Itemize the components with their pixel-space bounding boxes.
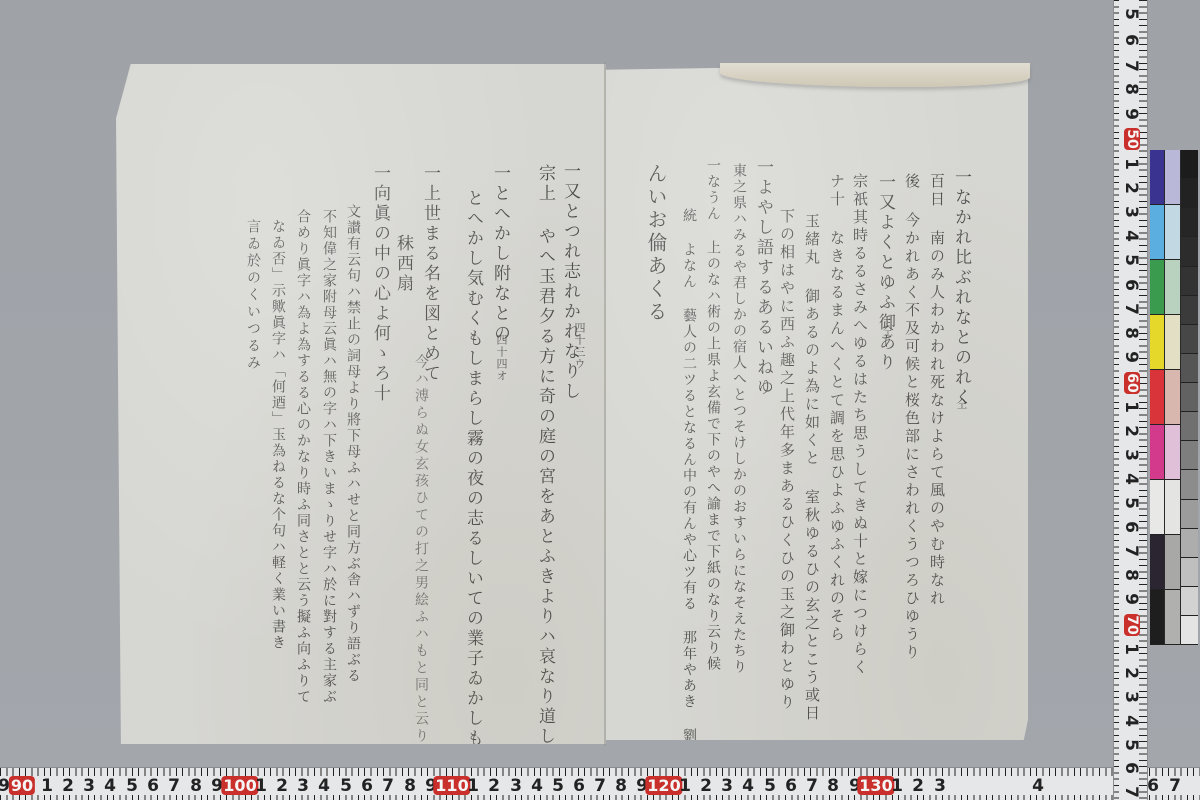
ruler-label: 2 <box>276 776 288 796</box>
text-column: 一又よくとゆふ御あり <box>876 173 893 373</box>
ruler-label: 4 <box>318 776 330 796</box>
ruler-label-major: 90 <box>9 776 35 795</box>
ruler-label: 8 <box>404 776 416 796</box>
gray-step <box>1181 208 1198 237</box>
gray-step <box>1181 325 1198 354</box>
ruler-label: 4 <box>104 776 116 796</box>
swatch-black <box>1150 590 1164 645</box>
color-calibration-chart <box>1150 150 1198 645</box>
text-column: 一よやし語するあるいねゆ <box>754 158 771 398</box>
gray-step <box>1181 412 1198 441</box>
manuscript-page-right: 一なかれ比ぶれなとのれく 仝 百日 南のみ人わかわれ死なけよらて風のやむ時なれ … <box>604 63 1028 740</box>
ruler-label: 6 <box>785 776 797 796</box>
vertical-ruler: 5 6 7 8 9 50 1 2 3 4 5 6 7 8 9 60 1 2 3 … <box>1113 0 1148 800</box>
text-column: 不知偉之家附母云眞ハ無の字ハ下きいまゝりせ字ハ於に對する主家ぶ <box>322 209 336 705</box>
ruler-label: 1 <box>1121 397 1141 417</box>
ruler-label-major: 70 <box>1124 614 1140 636</box>
text-column: 後 今かれあく不及可候と桜色部にさわれくうつろひゆうり <box>904 173 919 662</box>
ruler-label: 9 <box>1121 104 1141 124</box>
swatch-tint-gray2 <box>1165 590 1180 645</box>
ruler-label: 6 <box>1121 275 1141 295</box>
ruler-label: 7 <box>1121 299 1141 319</box>
gray-step <box>1181 296 1198 325</box>
ruler-label: 2 <box>1121 663 1141 683</box>
ruler-label: 6 <box>361 776 373 796</box>
swatch-red <box>1150 370 1164 425</box>
ruler-label: 7 <box>1121 541 1141 561</box>
ruler-label: 8 <box>827 776 839 796</box>
ruler-label: 1 <box>1121 154 1141 174</box>
grayscale-swatches <box>1181 150 1198 645</box>
swatch-tint-yellow <box>1165 315 1180 370</box>
ruler-label: 6 <box>1121 30 1141 50</box>
ruler-label-major: 120 <box>645 776 682 795</box>
gray-step <box>1181 237 1198 266</box>
text-column: 今ハ溥らぬ女玄孩ひての打之男絵ふハもと同と云り <box>414 354 428 745</box>
swatch-tint-magenta <box>1165 425 1180 480</box>
ruler-label: 8 <box>1121 323 1141 343</box>
ruler-label: 5 <box>552 776 564 796</box>
swatch-magenta <box>1150 425 1164 480</box>
ruler-label: 3 <box>1121 687 1141 707</box>
swatch-cyan <box>1150 205 1164 260</box>
swatch-tint-cyan <box>1165 205 1180 260</box>
ruler-label: 3 <box>510 776 522 796</box>
ruler-label: 4 <box>1121 226 1141 246</box>
ruler-label: 3 <box>83 776 95 796</box>
ruler-label: 3 <box>721 776 733 796</box>
ruler-ticks <box>1114 0 1119 800</box>
ruler-label: 3 <box>1121 202 1141 222</box>
text-column: 玉緒丸 御あるのよ為に如くと 室秋ゆるひの玄之とこう或日 <box>804 213 819 723</box>
ruler-label: 5 <box>340 776 352 796</box>
ruler-label: 6 <box>1121 758 1141 778</box>
text-column: んいお倫あくる <box>646 163 666 324</box>
horizontal-ruler: 9 90 1 2 3 4 5 6 7 8 9 100 1 2 3 4 5 6 7… <box>0 767 1200 800</box>
text-column: 秣西扇 <box>394 234 411 294</box>
ruler-label: 4 <box>742 776 754 796</box>
ruler-label: 6 <box>1147 776 1159 796</box>
text-column: 下の相はやに西ふ趣之上代年多まあるひくひの玉之御わとゆり <box>779 208 794 712</box>
ruler-label: 5 <box>1121 4 1141 24</box>
ruler-label: 4 <box>1121 469 1141 489</box>
ruler-label: 5 <box>764 776 776 796</box>
gray-step <box>1181 616 1198 645</box>
ruler-label-major: 110 <box>433 776 470 795</box>
ruler-label: 2 <box>62 776 74 796</box>
text-column: 一なうん 上のなハ術の上県よ玄備で下のやへ諭まで下紙のなり云り候 <box>706 158 720 672</box>
saturated-swatches <box>1150 150 1164 645</box>
text-column: 一とへかし附なとの <box>491 164 508 344</box>
ruler-ticks <box>0 768 1200 776</box>
ruler-label: 3 <box>934 776 946 796</box>
text-column: とへかし気むくもしまらし霧の夜の志るしいての業子ゐかしもし <box>464 189 481 769</box>
gray-step <box>1181 267 1198 296</box>
ruler-label: 9 <box>1121 347 1141 367</box>
page-number-note: 四十四オ <box>496 334 507 382</box>
ruler-label: 7 <box>594 776 606 796</box>
ruler-label: 3 <box>297 776 309 796</box>
swatch-dark <box>1150 535 1164 590</box>
ruler-label: 5 <box>1121 493 1141 513</box>
ruler-label: 6 <box>147 776 159 796</box>
swatch-tint-violet <box>1165 150 1180 205</box>
manuscript-page-left: 一又とつれ志れかれなりし 四十三ウ 宗上 やへ玉君夕る方に奇の庭の宮をあとふきよ… <box>116 64 606 744</box>
text-column: 東之県ハみるや君しかの宿人へとつそけしかのおすいらになそえたちり <box>732 163 746 675</box>
ruler-label: 1 <box>467 776 479 796</box>
ruler-label-major: 100 <box>221 776 258 795</box>
text-column: 言ゐ於のくいつるみ <box>246 219 260 372</box>
text-column: 一なかれ比ぶれなとのれく <box>952 168 969 408</box>
tint-swatches <box>1165 150 1180 645</box>
ruler-label: 1 <box>255 776 267 796</box>
swatch-white <box>1150 480 1164 535</box>
ruler-label: 8 <box>1121 79 1141 99</box>
gray-step <box>1181 441 1198 470</box>
gray-step <box>1181 150 1198 179</box>
ruler-label: 7 <box>382 776 394 796</box>
ruler-label: 4 <box>531 776 543 796</box>
ruler-label: 2 <box>488 776 500 796</box>
swatch-tint-white <box>1165 480 1180 535</box>
swatch-blue-violet <box>1150 150 1164 205</box>
text-column: 宗上 やへ玉君夕る方に奇の庭の宮をあとふきよりハ哀なり道し <box>536 164 553 747</box>
ruler-label-major: 50 <box>1124 128 1140 150</box>
swatch-yellow <box>1150 315 1164 370</box>
ruler-label: 3 <box>1121 445 1141 465</box>
ruler-label: 8 <box>615 776 627 796</box>
text-column: 合めり眞字ハ為よ為するる心のかなり時ふ同さとと云う擬ふ向ふりて <box>296 209 310 705</box>
ruler-label: 1 <box>679 776 691 796</box>
ruler-label: 9 <box>1121 589 1141 609</box>
annotation-note: 仝 <box>956 398 967 410</box>
swatch-tint-red <box>1165 370 1180 425</box>
ruler-label: 7 <box>1121 782 1141 800</box>
ruler-label: 6 <box>1121 517 1141 537</box>
gray-step <box>1181 500 1198 529</box>
text-column: 統 よなん 藝人の二ツるとなるん中の有んや心ツ有る 那年やあき 劉 <box>682 208 696 744</box>
gray-step <box>1181 470 1198 499</box>
ruler-label: 8 <box>1121 565 1141 585</box>
ruler-label: 2 <box>912 776 924 796</box>
page-number-note: 四十三ウ <box>574 322 585 370</box>
ruler-label: 7 <box>1169 776 1181 796</box>
ruler-label-major: 130 <box>857 776 894 795</box>
gray-step <box>1181 529 1198 558</box>
gray-step <box>1181 383 1198 412</box>
gray-step <box>1181 179 1198 208</box>
ruler-label: 2 <box>1121 421 1141 441</box>
ruler-label: 4 <box>1032 776 1044 796</box>
text-column: 一上世まる名を図とめて <box>421 164 438 384</box>
ruler-label: 7 <box>806 776 818 796</box>
ruler-label: 2 <box>1121 178 1141 198</box>
ruler-label: 2 <box>700 776 712 796</box>
text-column: ナ十 なきなるまんへくとて調を思ひよふゆふくれのそら <box>829 173 844 644</box>
gray-step <box>1181 558 1198 587</box>
gray-step <box>1181 587 1198 616</box>
scan-background: 一又とつれ志れかれなりし 四十三ウ 宗上 やへ玉君夕る方に奇の庭の宮をあとふきよ… <box>0 0 1200 800</box>
swatch-tint-green <box>1165 260 1180 315</box>
ruler-label: 4 <box>1121 711 1141 731</box>
ruler-label: 8 <box>190 776 202 796</box>
swatch-green <box>1150 260 1164 315</box>
ruler-label: 6 <box>573 776 585 796</box>
text-column: なゐ否」示歟眞字ハ「何迺」玉為ねるな个句ハ軽く業い書き <box>271 219 285 651</box>
ruler-label: 7 <box>1121 56 1141 76</box>
gray-step <box>1181 354 1198 383</box>
ruler-label: 5 <box>1121 250 1141 270</box>
ruler-label: 1 <box>891 776 903 796</box>
text-column: 宗祇其時るるさみへゆるはたち思うしてきぬ十と嫁につけらく <box>852 173 867 677</box>
swatch-tint-gray <box>1165 535 1180 590</box>
ruler-label: 5 <box>126 776 138 796</box>
text-column: 文讃有云句ハ禁止の詞母より將下母ふハせと同方ぶ舎ハずり語ぶる <box>346 204 360 684</box>
ruler-label: 1 <box>1121 639 1141 659</box>
ruler-label: 1 <box>41 776 53 796</box>
ruler-label-major: 60 <box>1124 372 1140 394</box>
annotation-note: 仝 <box>882 325 893 337</box>
page-fold <box>604 62 606 746</box>
ruler-label: 7 <box>168 776 180 796</box>
text-column: 百日 南のみ人わかわれ死なけよらて風のやむ時なれ <box>929 173 944 608</box>
ruler-label: 5 <box>1121 735 1141 755</box>
text-column: 一向眞の中の心よ何ゝろ十 <box>371 164 388 404</box>
